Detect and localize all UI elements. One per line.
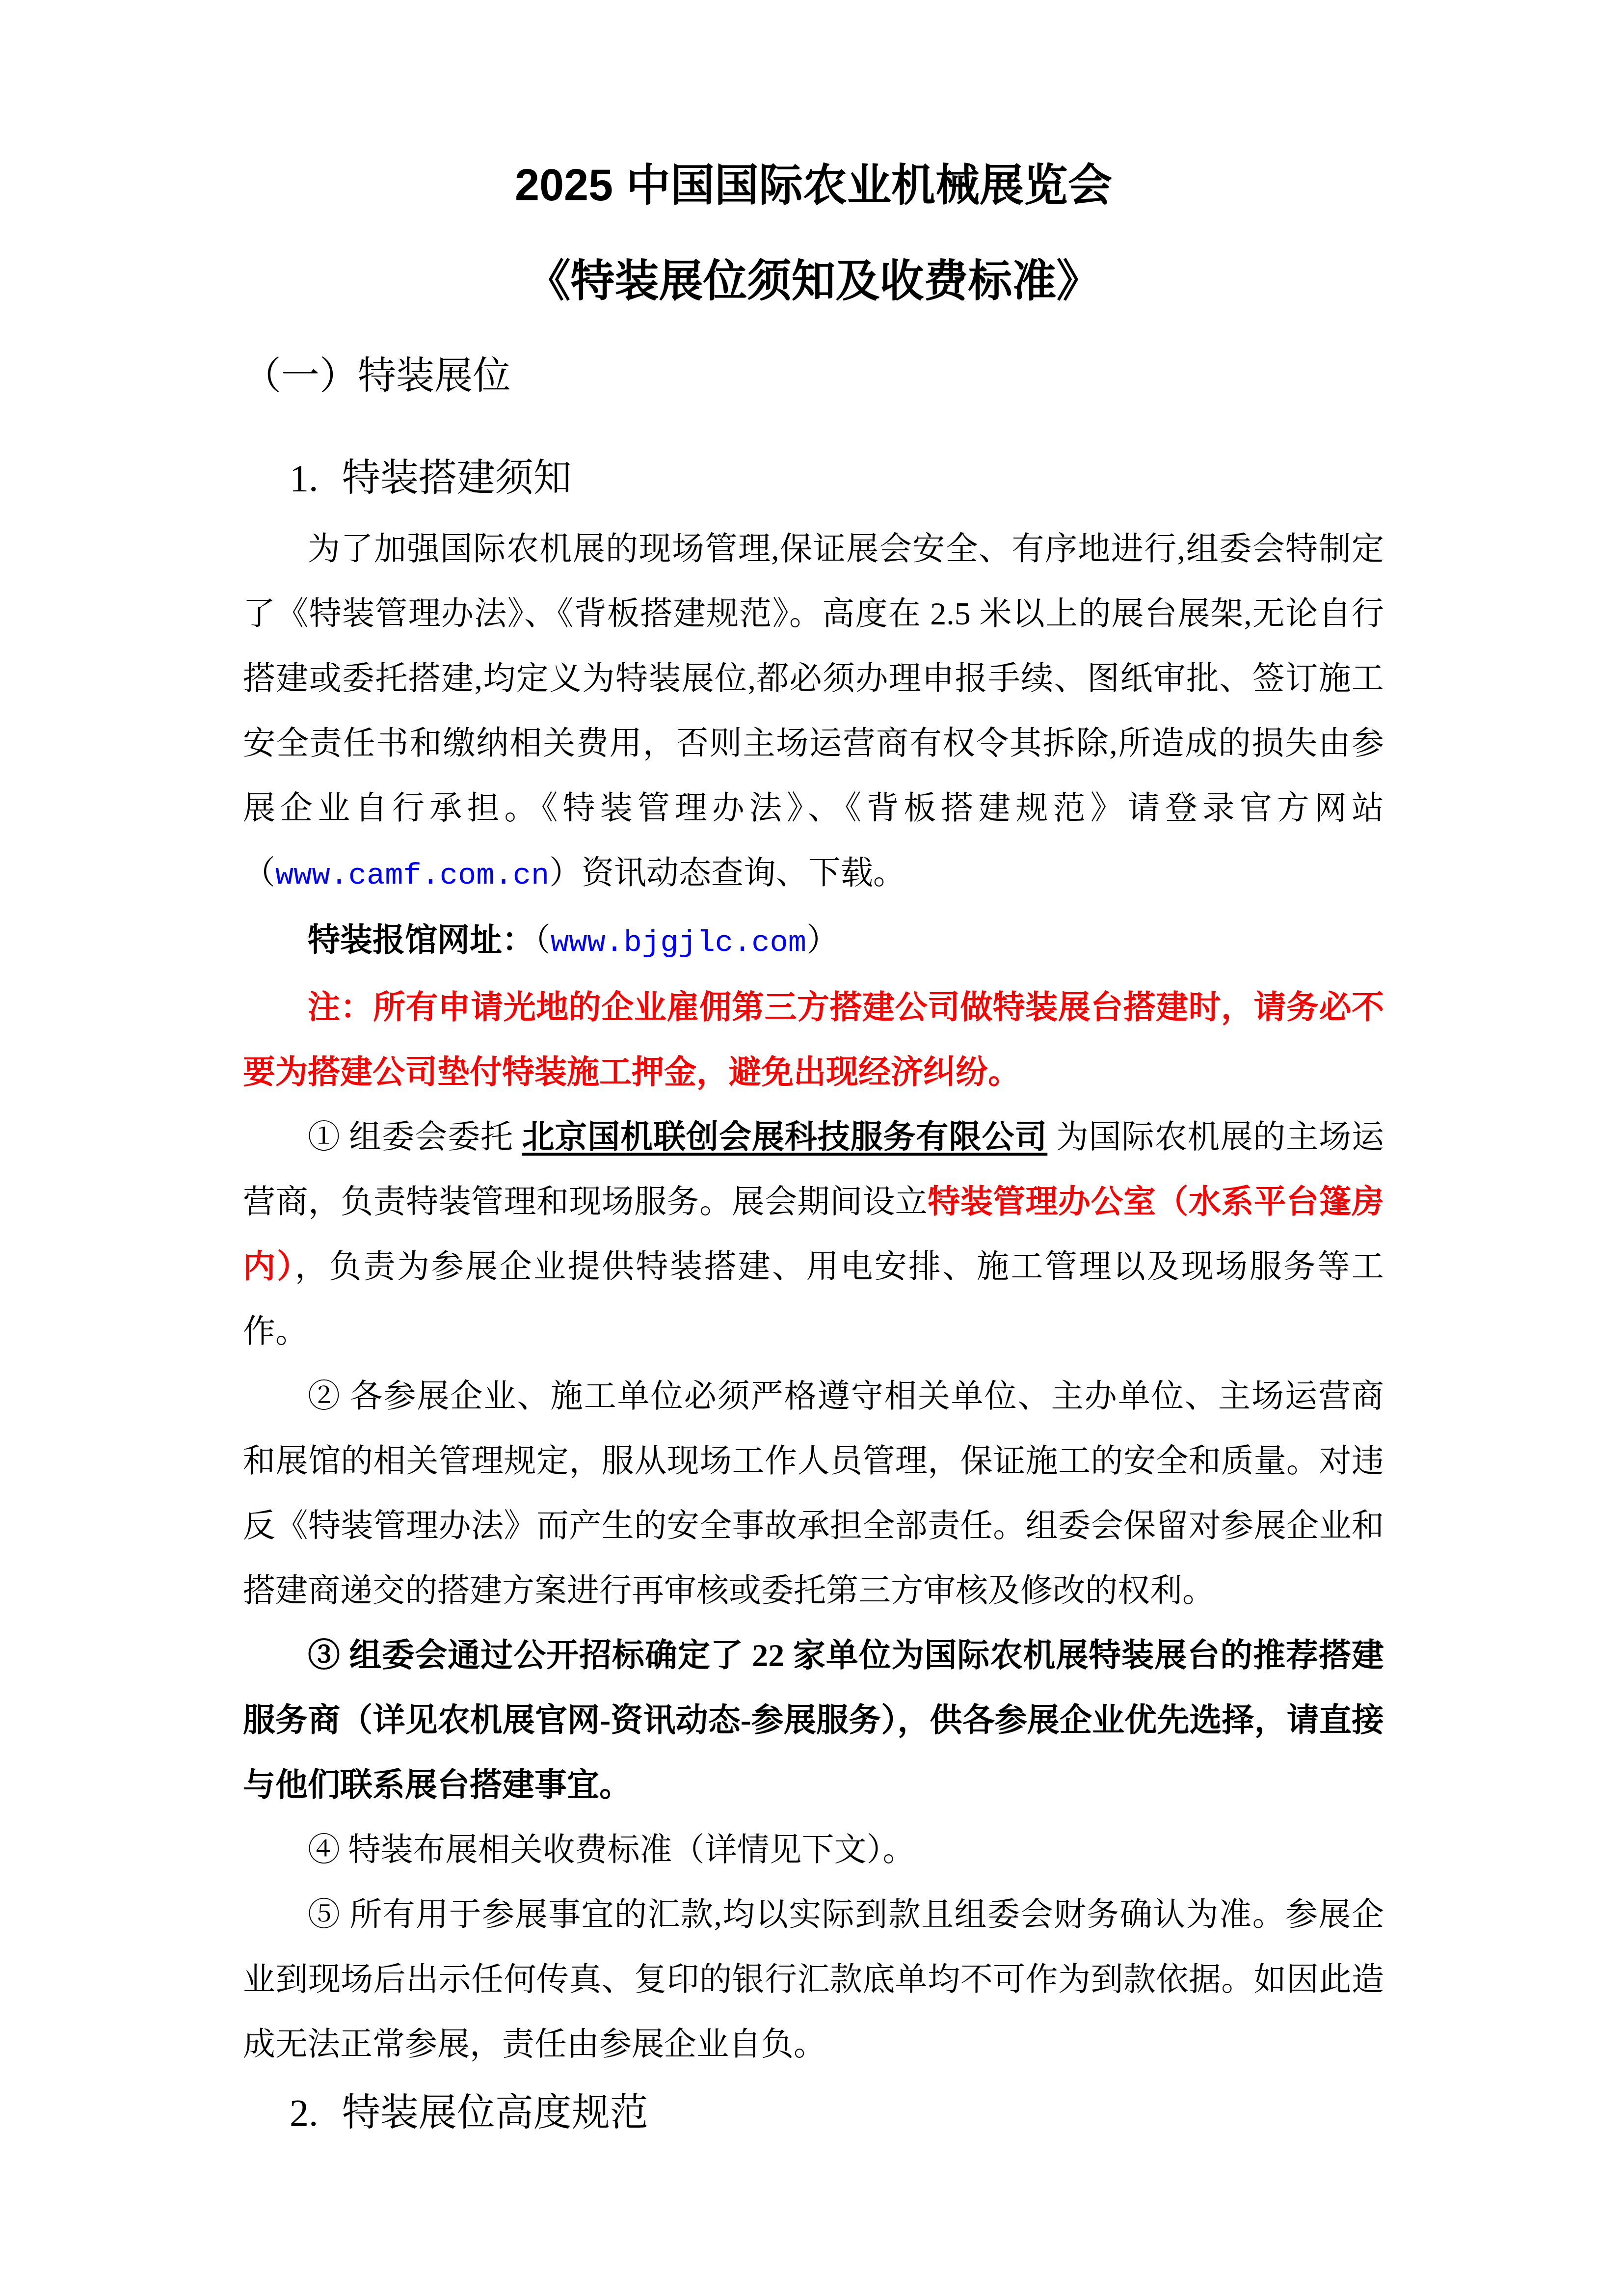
- section-2-number: 2.: [290, 2091, 319, 2134]
- subsection-1-number: 1.: [290, 457, 319, 499]
- section-2-heading: 2.特装展位高度规范: [243, 2094, 1384, 2132]
- subsection-1-heading: 1.特装搭建须知: [243, 459, 1384, 497]
- item-4: ④ 特装布展相关收费标准（详情见下文）。: [243, 1818, 1384, 1883]
- official-site-link[interactable]: www.camf.com.cn: [275, 858, 549, 893]
- paren-open: （: [534, 922, 551, 958]
- paragraph-intro: 为了加强国际农机展的现场管理,保证展会安全、有序地进行,组委会特制定了《特装管理…: [243, 517, 1384, 908]
- intro-text-before-link: 为了加强国际农机展的现场管理,保证展会安全、有序地进行,组委会特制定了《特装管理…: [243, 531, 1384, 891]
- document-page: 2025中国国际农业机械展览会 《特装展位须知及收费标准》 （一）特装展位 1.…: [0, 0, 1623, 2296]
- section-2-title: 特装展位高度规范: [342, 2091, 648, 2134]
- intro-text-after-link: ）资讯动态查询、下载。: [549, 855, 905, 891]
- document-subtitle: 《特装展位须知及收费标准》: [243, 260, 1384, 304]
- booth-report-site-label: 特装报馆网址：: [308, 922, 534, 958]
- booth-report-site-link[interactable]: www.bjgjlc.com: [551, 925, 806, 960]
- title-main: 中国国际农业机械展览会: [626, 162, 1112, 210]
- item-2: ② 各参展企业、施工单位必须严格遵守相关单位、主办单位、主场运营商和展馆的相关管…: [243, 1364, 1384, 1623]
- item-1: ① 组委会委托 北京国机联创会展科技服务有限公司 为国际农机展的主场运营商，负责…: [243, 1105, 1384, 1364]
- section-1-heading: （一）特装展位: [243, 357, 1384, 395]
- subsection-1-title: 特装搭建须知: [342, 457, 572, 499]
- warning-note: 注：所有申请光地的企业雇佣第三方搭建公司做特装展台搭建时，请务必不要为搭建公司垫…: [243, 975, 1384, 1105]
- item-1-suffix: ，负责为参展企业提供特装搭建、用电安排、施工管理以及现场服务等工作。: [243, 1249, 1384, 1350]
- item-3: ③ 组委会通过公开招标确定了 22 家单位为国际农机展特装展台的推荐搭建服务商（…: [243, 1623, 1384, 1818]
- operator-company-name: 北京国机联创会展科技服务有限公司: [522, 1119, 1047, 1155]
- item-5: ⑤ 所有用于参展事宜的汇款,均以实际到款且组委会财务确认为准。参展企业到现场后出…: [243, 1883, 1384, 2077]
- title-year: 2025: [515, 161, 613, 210]
- document-content: 2025中国国际农业机械展览会 《特装展位须知及收费标准》 （一）特装展位 1.…: [243, 163, 1384, 2132]
- booth-report-site-line: 特装报馆网址：（www.bjgjlc.com）: [243, 908, 1384, 975]
- document-title: 2025中国国际农业机械展览会: [243, 163, 1384, 208]
- paren-close: ）: [806, 922, 839, 958]
- body-text: 为了加强国际农机展的现场管理,保证展会安全、有序地进行,组委会特制定了《特装管理…: [243, 517, 1384, 2077]
- item-1-prefix: ① 组委会委托: [308, 1119, 522, 1155]
